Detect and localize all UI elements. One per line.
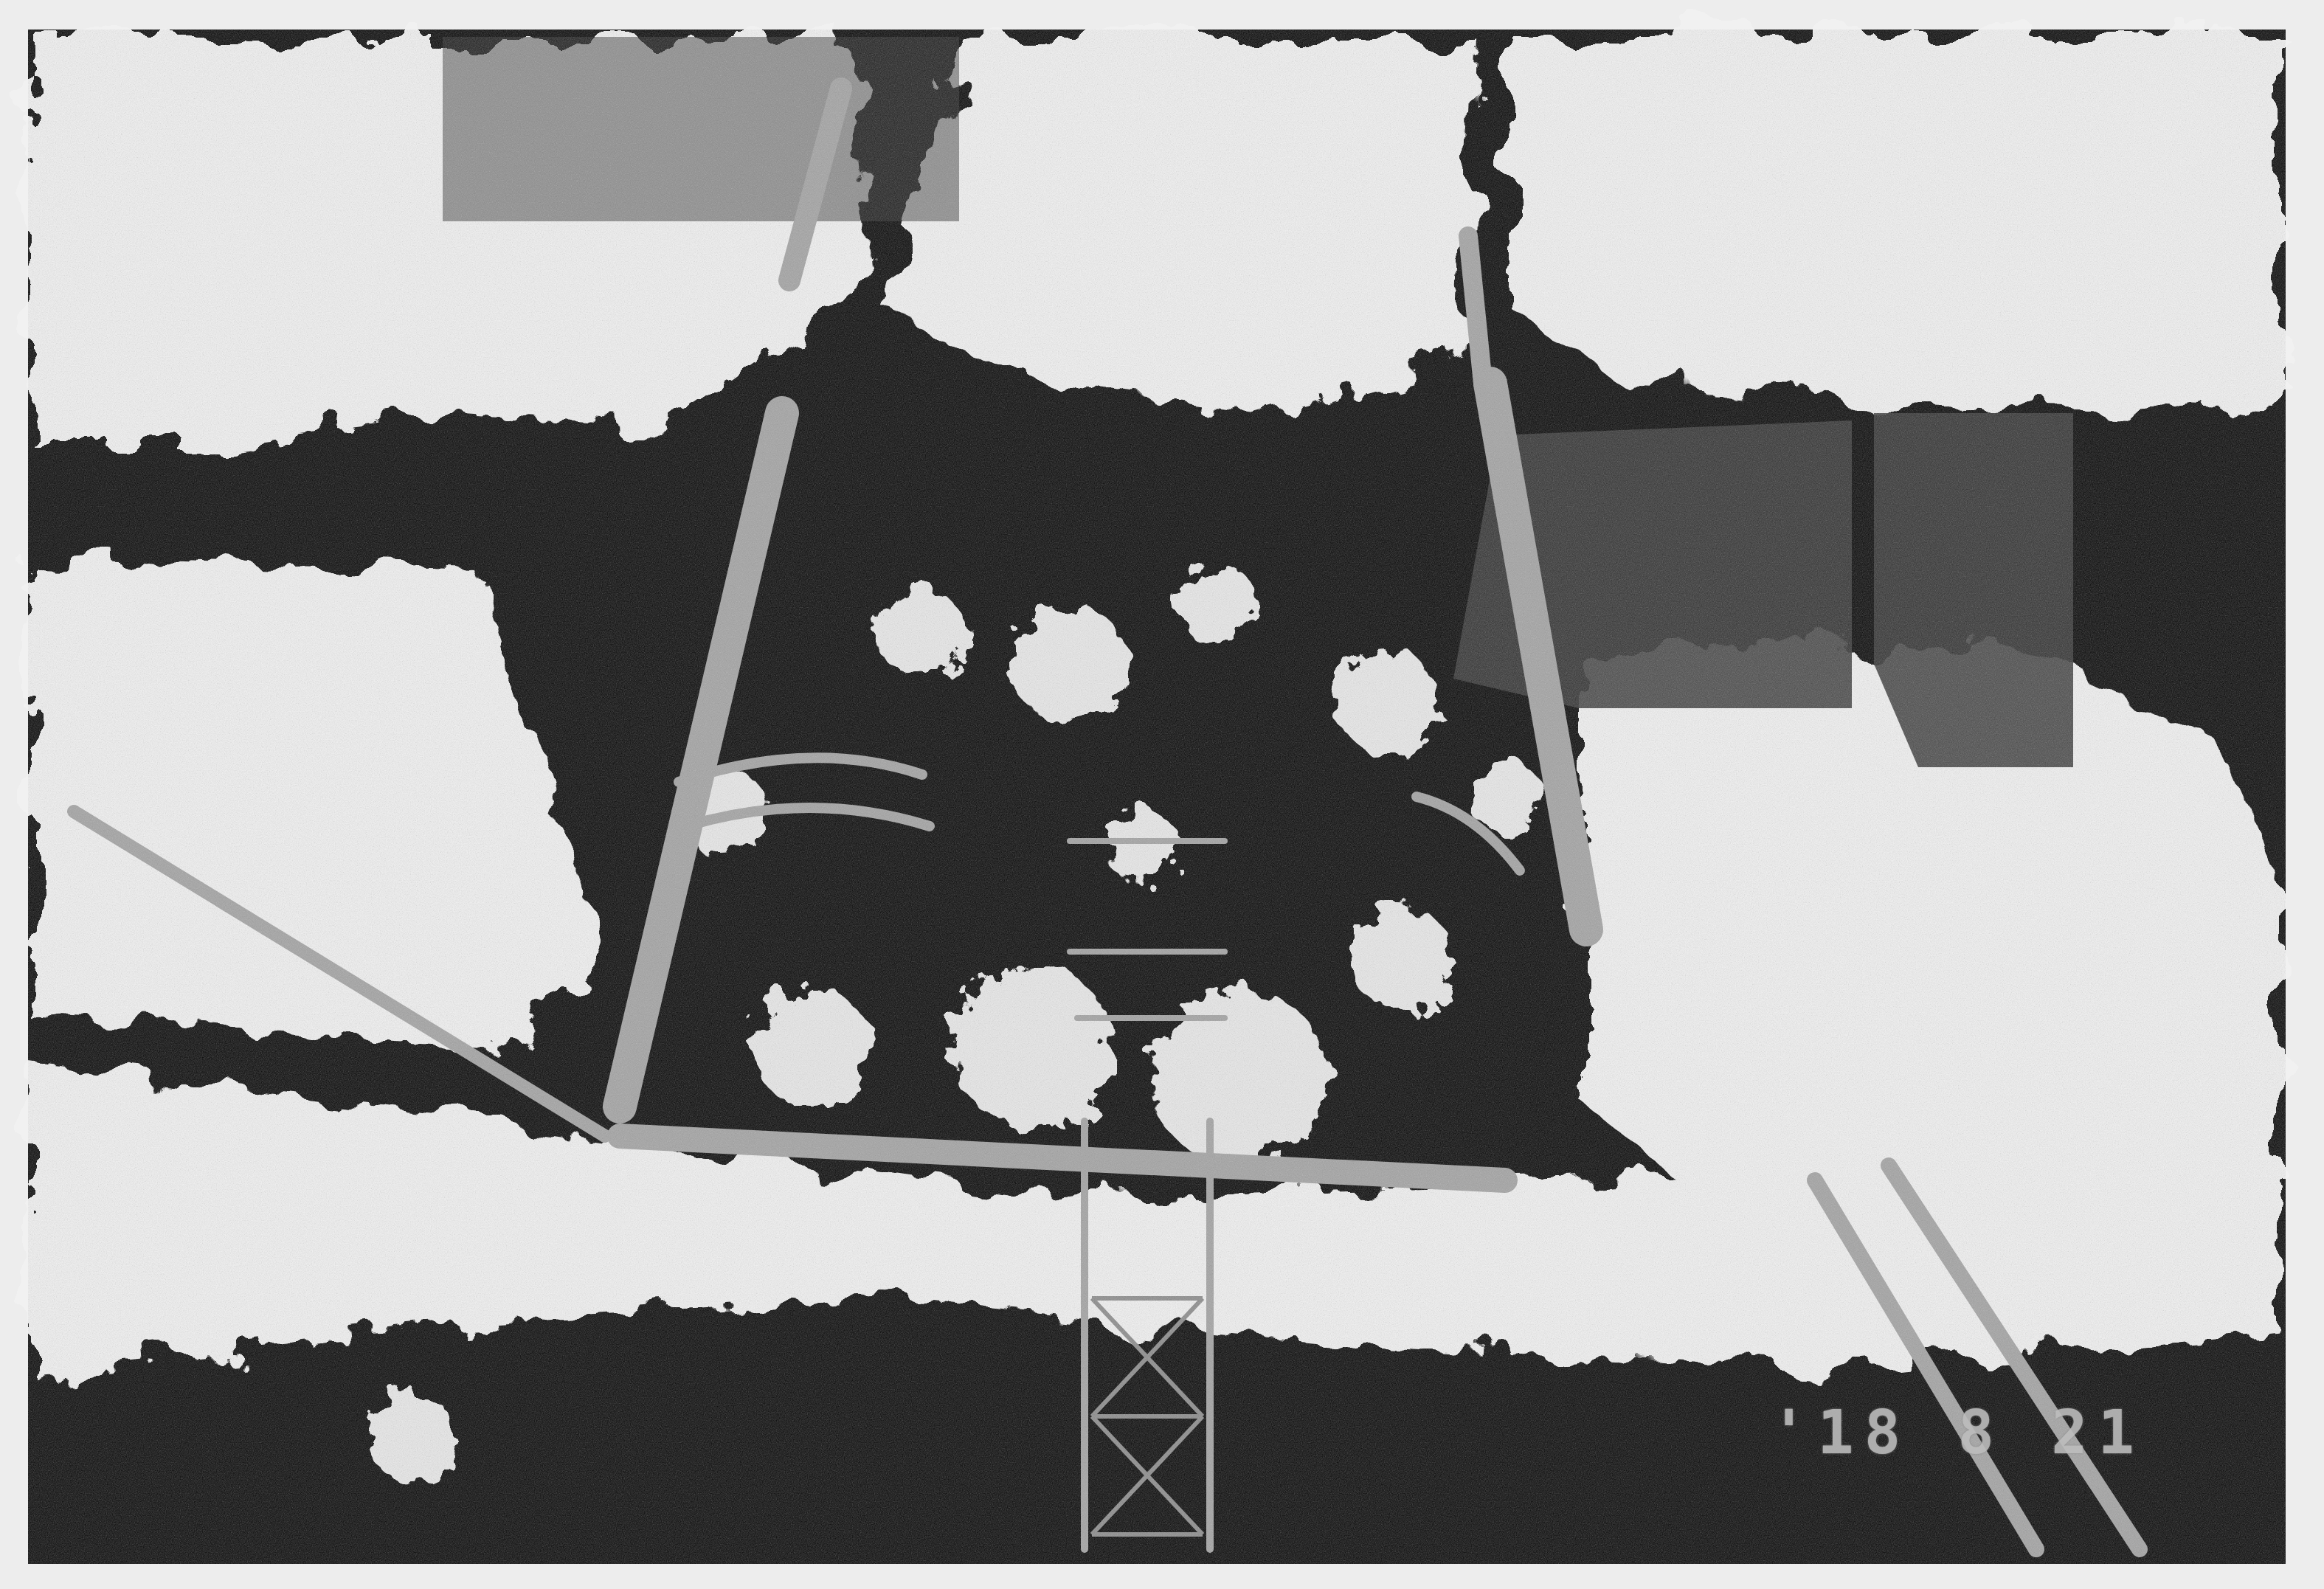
- snow-railway-photo: [0, 0, 2324, 1589]
- date-stamp: '18 8 21: [1771, 1398, 2145, 1468]
